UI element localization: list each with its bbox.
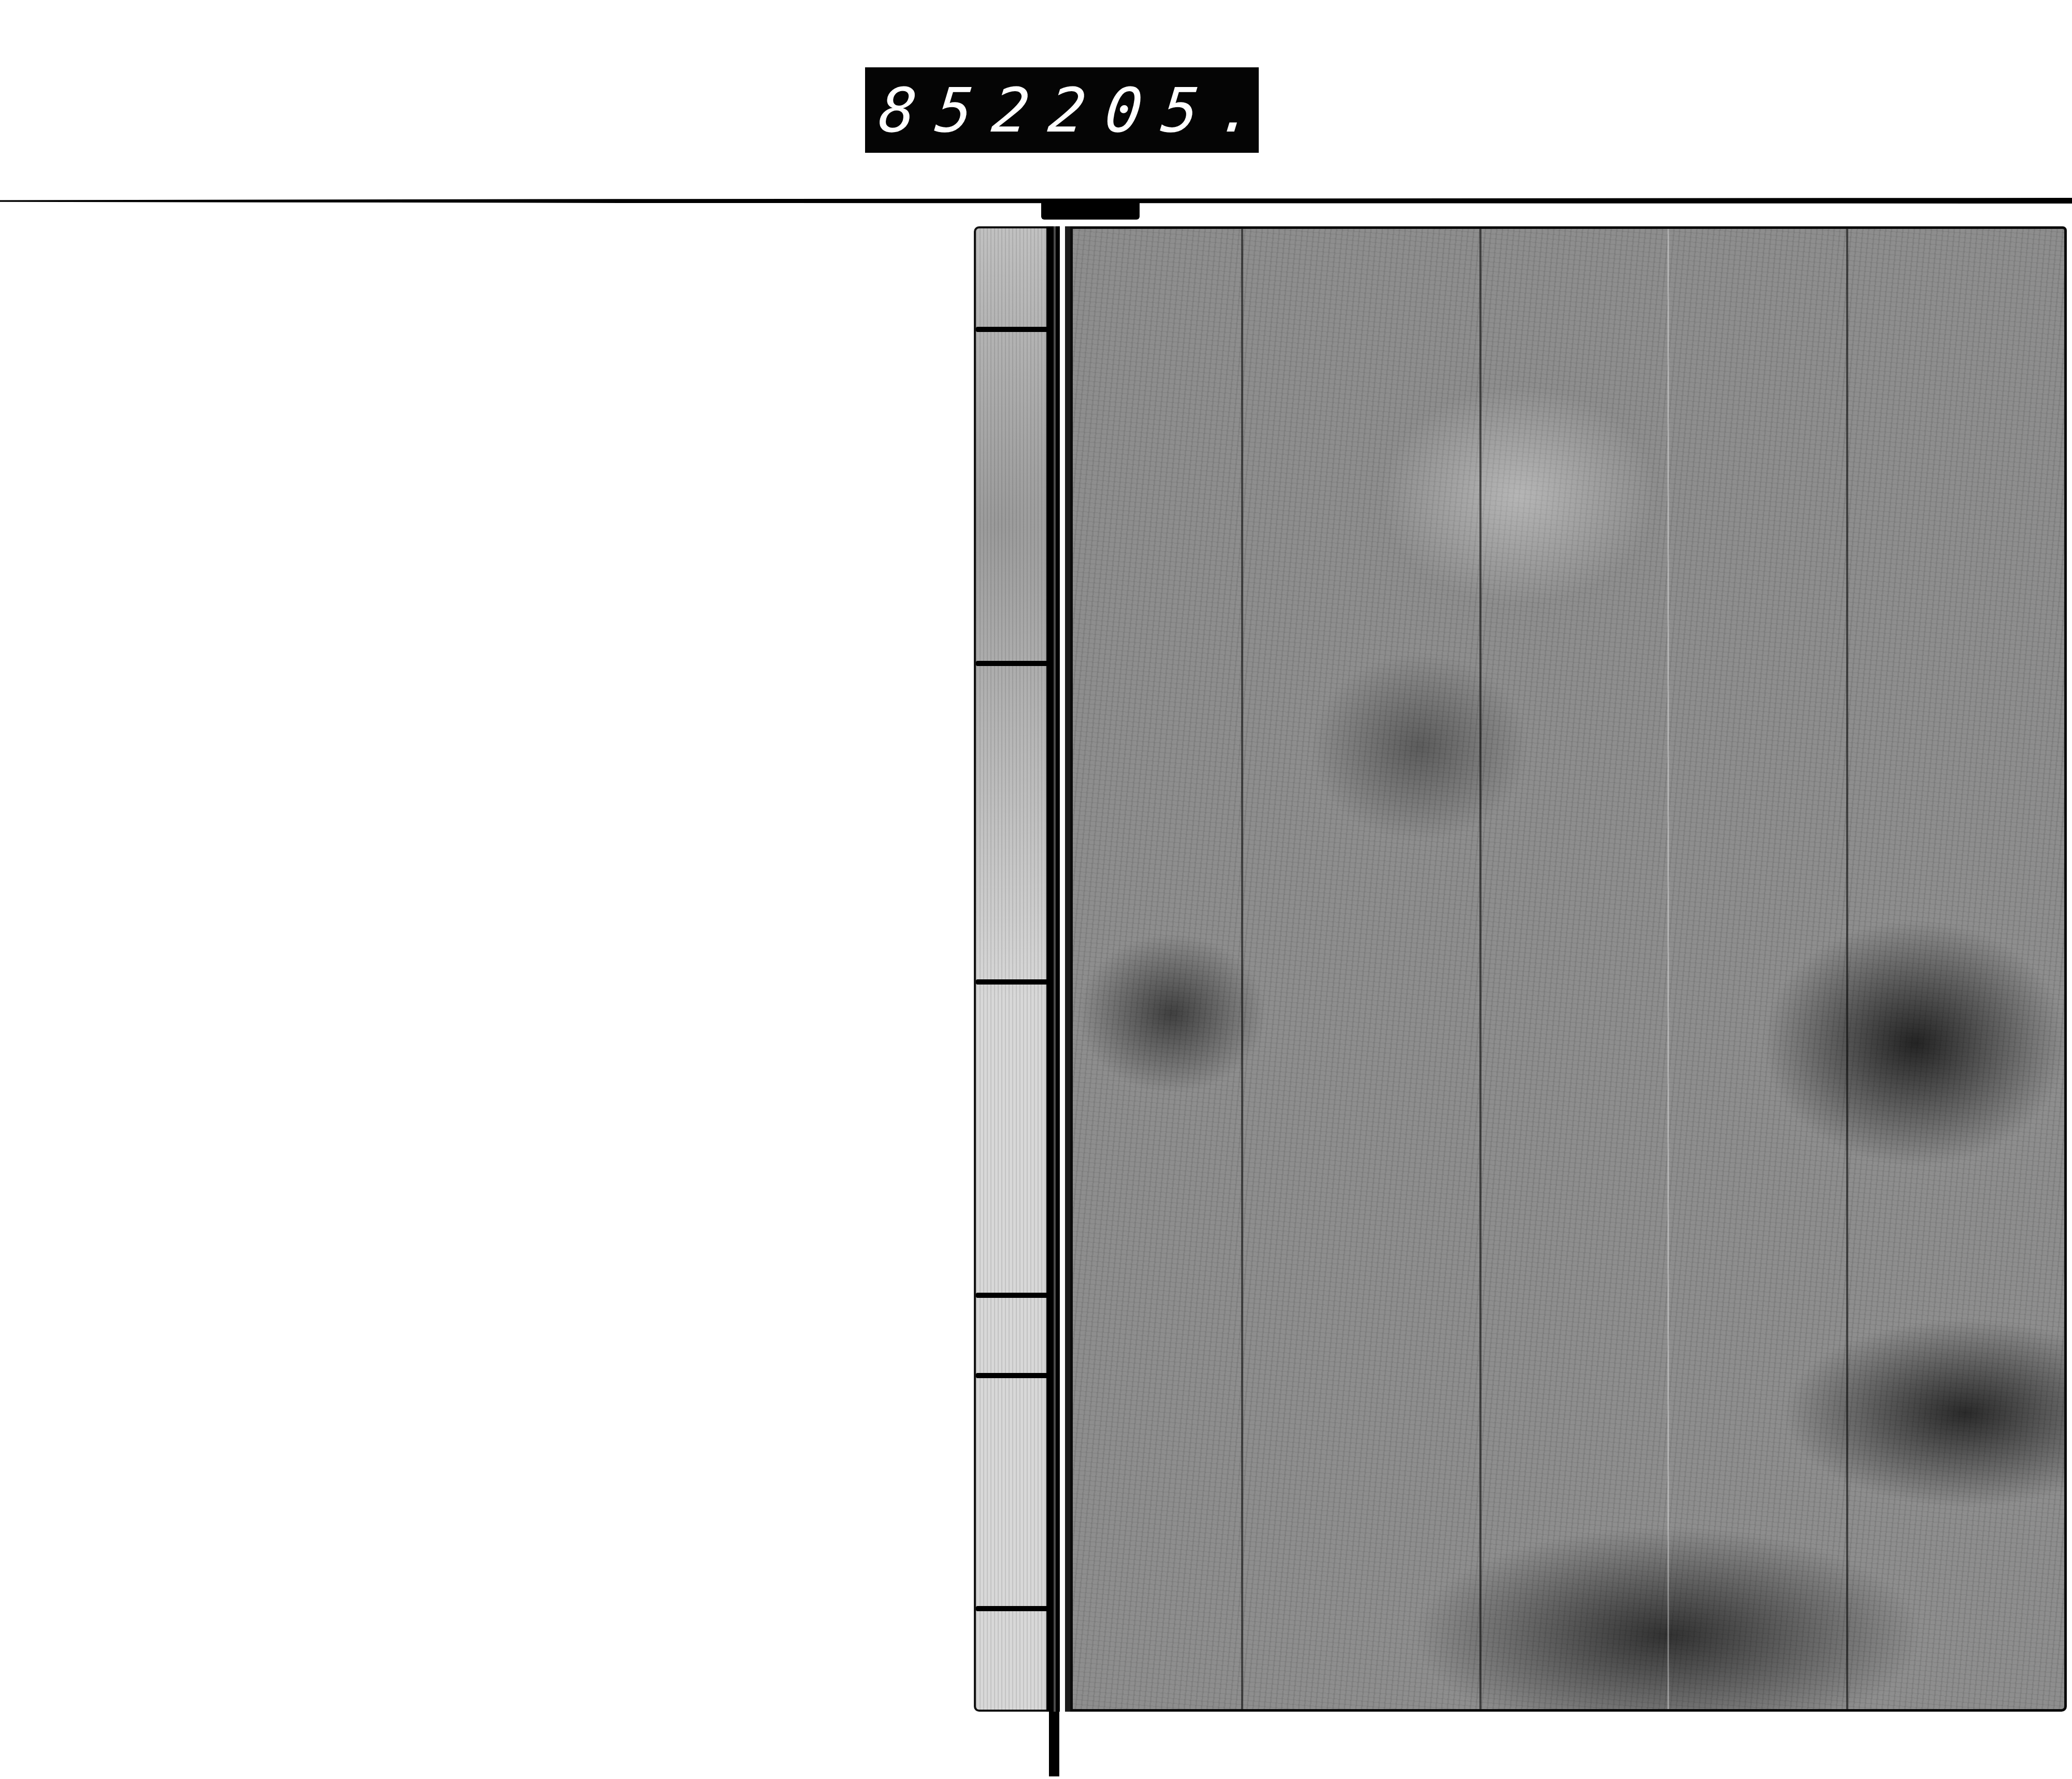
paper-crease [1846, 229, 1848, 1709]
paper-crease [1241, 229, 1243, 1709]
paper-crease [1667, 229, 1669, 1709]
book [974, 226, 2067, 1712]
scanner-rule-line [0, 198, 2072, 204]
rule-clip [1041, 202, 1140, 220]
accession-number-label: 852 205. [865, 67, 1259, 153]
binding-edge-line [1065, 226, 1070, 1712]
stitch-bar [976, 327, 1054, 332]
spine-tab [1049, 1712, 1059, 1776]
book-spine [974, 226, 1046, 1712]
book-cover [1070, 226, 2067, 1712]
accession-number-part-2: 205. [1046, 80, 1278, 141]
paper-crease [1479, 229, 1481, 1709]
stitch-bar [976, 1293, 1054, 1298]
stitch-bar [976, 979, 1054, 985]
stitch-bar [976, 1373, 1054, 1378]
accession-number-part-1: 852 [876, 80, 1053, 141]
stitch-bar [976, 1606, 1054, 1611]
binding-thread-line [1046, 226, 1060, 1712]
stitch-bar [976, 661, 1054, 666]
